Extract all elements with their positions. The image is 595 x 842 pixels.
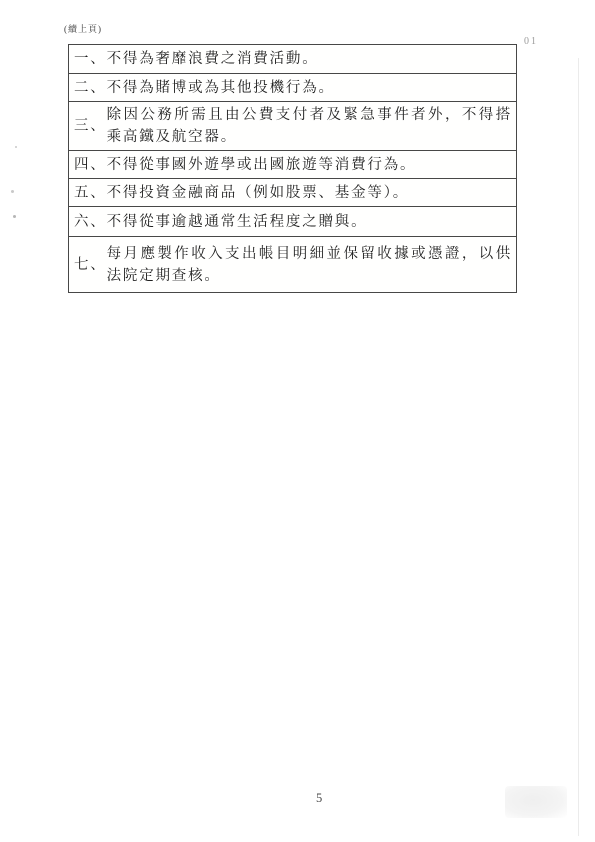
scan-speck — [15, 146, 17, 148]
scan-smudge — [505, 786, 567, 818]
item-number: 一、 — [74, 48, 107, 70]
table-row-7: 七、 每月應製作收入支出帳目明細並保留收據或憑證，以供法院定期查核。 — [69, 237, 516, 292]
table-row-4: 四、 不得從事國外遊學或出國旅遊等消費行為。 — [69, 151, 516, 179]
item-number: 五、 — [74, 182, 107, 204]
item-number: 四、 — [74, 154, 107, 176]
table-row-5: 五、 不得投資金融商品（例如股票、基金等）。 — [69, 179, 516, 207]
table-row-3: 三、 除因公務所需且由公費支付者及緊急事件者外，不得搭乘高鐵及航空器。 — [69, 102, 516, 151]
item-text: 除因公務所需且由公費支付者及緊急事件者外，不得搭乘高鐵及航空器。 — [107, 104, 512, 148]
item-text: 每月應製作收入支出帳目明細並保留收據或憑證，以供法院定期查核。 — [107, 243, 512, 287]
continuation-note: (續上頁) — [64, 22, 102, 35]
item-number: 六、 — [74, 211, 107, 233]
document-page: (續上頁) 01 一、 不得為奢靡浪費之消費活動。 二、 不得為賭博或為其他投機… — [0, 0, 595, 842]
rules-table: 一、 不得為奢靡浪費之消費活動。 二、 不得為賭博或為其他投機行為。 三、 除因… — [68, 44, 517, 293]
item-number: 三、 — [74, 115, 107, 137]
item-text: 不得為奢靡浪費之消費活動。 — [107, 48, 512, 70]
item-number: 七、 — [74, 254, 107, 276]
scan-speck — [11, 190, 14, 193]
scan-speck — [13, 215, 16, 218]
table-row-6: 六、 不得從事逾越通常生活程度之贈與。 — [69, 207, 516, 237]
table-row-1: 一、 不得為奢靡浪費之消費活動。 — [69, 45, 516, 74]
page-number: 5 — [316, 791, 322, 806]
corner-mark: 01 — [524, 36, 538, 47]
item-text: 不得從事國外遊學或出國旅遊等消費行為。 — [107, 154, 512, 176]
item-text: 不得投資金融商品（例如股票、基金等）。 — [107, 182, 512, 204]
table-row-2: 二、 不得為賭博或為其他投機行為。 — [69, 74, 516, 102]
item-number: 二、 — [74, 77, 107, 99]
item-text: 不得為賭博或為其他投機行為。 — [107, 77, 512, 99]
item-text: 不得從事逾越通常生活程度之贈與。 — [107, 211, 512, 233]
scan-edge-line — [578, 58, 579, 836]
